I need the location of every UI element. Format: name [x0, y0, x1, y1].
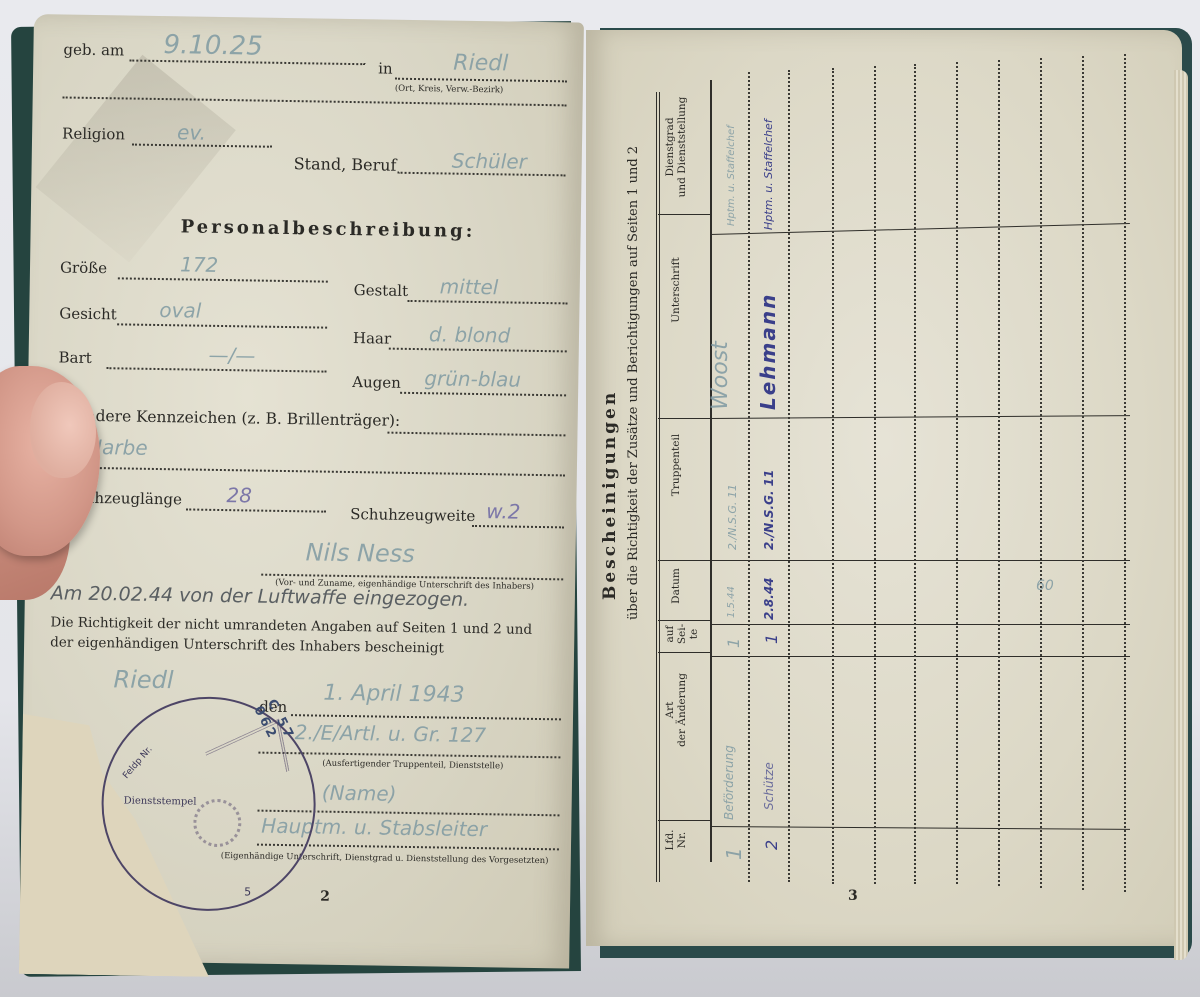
- issuing-unit-caption: (Ausfertigender Truppenteil, Dienststell…: [322, 759, 503, 772]
- birth-place-line: [395, 78, 567, 83]
- height-line: [118, 277, 328, 282]
- wreath-emblem-icon: [193, 799, 242, 848]
- row2-change-type: Schütze: [762, 762, 776, 810]
- margin-note: 60: [1036, 578, 1054, 594]
- birth-place-caption: (Ort, Kreis, Verw.-Bezirk): [395, 84, 504, 96]
- row2-date: 2.8.44: [762, 577, 776, 620]
- row1-rank: Hptm. u. Staffelchef: [726, 125, 737, 226]
- row1-date: 1.5.44: [726, 586, 737, 618]
- page-number-right: 3: [848, 888, 858, 904]
- right-page-subtitle: über die Richtigkeit der Zusätze und Ber…: [626, 146, 641, 620]
- shoe-width-value: w.2: [486, 499, 521, 524]
- issued-place: Riedl: [113, 665, 173, 694]
- beard-line: [106, 367, 326, 372]
- build-line: [408, 300, 568, 305]
- entry-line-8: [1040, 58, 1042, 888]
- header-sep-2: [658, 418, 710, 419]
- entry-line-2: [788, 70, 790, 882]
- label-eyes: Augen: [352, 373, 401, 392]
- label-face: Gesicht: [59, 304, 117, 323]
- photo-scene: geb. am 9.10.25 in Riedl (Ort, Kreis, Ve…: [0, 0, 1200, 997]
- label-occupation: Stand, Beruf: [294, 154, 397, 175]
- row2-nr: 2: [762, 840, 781, 850]
- issued-date-line: [291, 714, 561, 720]
- row2-page: 1: [762, 634, 781, 644]
- hair-line: [389, 348, 567, 353]
- personal-description-heading: Personalbeschreibung:: [181, 216, 476, 242]
- col-header-unit: Truppenteil: [670, 400, 682, 530]
- row2-unit: 2./N.S.G. 11: [762, 470, 776, 550]
- official-stamp: Feldp Nr. C 57 062 Dienststempel 5: [100, 695, 317, 912]
- holder-signature: Nils Ness: [305, 538, 415, 568]
- page-block-edges: [1174, 70, 1188, 960]
- page-number-left: 2: [320, 889, 330, 905]
- thumbnail: [30, 382, 96, 478]
- face-line: [117, 323, 327, 328]
- label-hair: Haar: [353, 329, 391, 348]
- label-build: Gestalt: [354, 281, 409, 300]
- birth-date-value: 9.10.25: [163, 30, 263, 62]
- entry-line-4: [874, 66, 876, 884]
- header-sep-3: [658, 560, 710, 561]
- label-beard: Bart: [58, 348, 91, 367]
- superior-signature: (Name): [322, 781, 397, 806]
- entry-line-7: [998, 60, 1000, 886]
- build-value: mittel: [440, 274, 499, 299]
- stamp-ring-text: Feldp Nr.: [121, 745, 154, 781]
- issued-date: 1. April 1943: [323, 681, 465, 708]
- header-sep-1: [658, 214, 710, 215]
- left-page: geb. am 9.10.25 in Riedl (Ort, Kreis, Ve…: [19, 14, 584, 969]
- entry-line-1: [748, 72, 750, 882]
- label-height: Größe: [60, 258, 107, 277]
- stamp-label: Dienststempel: [124, 796, 197, 808]
- row1-unit: 2./N.S.G. 11: [726, 484, 739, 550]
- col-header-signature: Unterschrift: [670, 220, 682, 360]
- entry-line-9: [1082, 56, 1084, 890]
- birth-place-value: Riedl: [453, 51, 508, 77]
- issuing-unit: 2./E/Artl. u. Gr. 127: [295, 720, 487, 747]
- right-page-title: Bescheinigungen: [600, 390, 620, 600]
- occupation-value: Schüler: [452, 149, 528, 174]
- row-divider-c: [710, 560, 1130, 561]
- col-header-change-type: Art der Änderung: [664, 640, 688, 780]
- stamp-bottom-number: 5: [244, 885, 251, 898]
- row1-change-type: Beförderung: [722, 745, 736, 820]
- marks-line: [387, 432, 565, 437]
- row-divider-f: [710, 826, 1130, 830]
- entry-line-5: [914, 64, 916, 884]
- entry-line-6: [956, 62, 958, 884]
- label-birth-place: in: [378, 59, 393, 77]
- label-religion: Religion: [62, 124, 125, 143]
- beard-value: —/—: [208, 343, 255, 368]
- religion-value: ev.: [177, 120, 206, 144]
- entry-line-10: [1124, 54, 1126, 892]
- face-value: oval: [159, 298, 201, 323]
- height-value: 172: [180, 252, 219, 277]
- row2-signature: Lehmann: [756, 293, 780, 410]
- marks-line-2: [57, 466, 565, 476]
- shoe-width-line: [472, 525, 564, 528]
- row2-rank: Hptm. u. Staffelchef: [762, 119, 775, 230]
- row-divider-b: [710, 415, 1130, 419]
- row1-signature: Woost: [708, 341, 733, 410]
- table-left-border: [656, 92, 660, 882]
- row1-page: 1: [724, 638, 743, 648]
- label-shoe-width: Schuhzeugweite: [350, 505, 475, 525]
- label-birth-date: geb. am: [63, 40, 124, 59]
- right-page: Bescheinigungen über die Richtigkeit der…: [586, 30, 1182, 946]
- label-distinguishing-marks: Besondere Kennzeichen (z. B. Brillenträg…: [48, 406, 401, 430]
- col-header-date: Datum: [670, 558, 682, 614]
- table-header-divider: [710, 80, 712, 862]
- hair-value: d. blond: [429, 322, 511, 347]
- row-divider-e: [710, 656, 1130, 657]
- row1-nr: 1: [722, 847, 746, 860]
- col-header-nr: Lfd. Nr.: [664, 820, 688, 860]
- shoe-length-value: 28: [226, 483, 252, 507]
- shoe-length-line: [186, 508, 326, 512]
- eyes-line: [400, 392, 566, 397]
- row-divider-d: [710, 624, 1130, 625]
- eyes-value: grün-blau: [424, 366, 521, 392]
- entry-line-3: [832, 68, 834, 884]
- col-header-rank: Dienstgrad und Dienststellung: [664, 82, 688, 212]
